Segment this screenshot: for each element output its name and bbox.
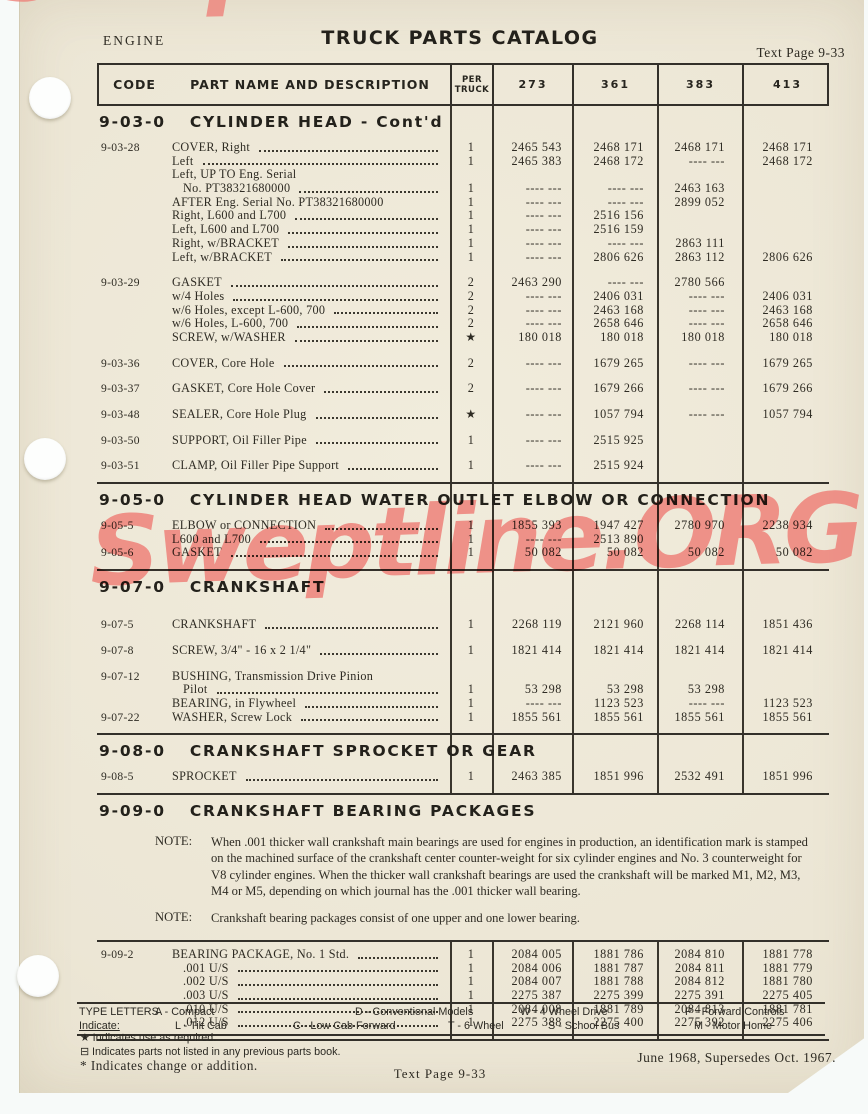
table-row: 9-07-12BUSHING, Transmission Drive Pinio… xyxy=(97,670,829,684)
row-code: 9-03-50 xyxy=(97,434,168,448)
value-273: 2268 119 xyxy=(492,618,572,632)
part-name-cell: GASKET xyxy=(168,546,450,560)
part-name-cell: SCREW, 3/4" - 16 x 2 1/4" xyxy=(168,644,450,658)
leader-dots xyxy=(288,232,438,234)
part-name-cell: Right, w/BRACKET xyxy=(168,237,450,251)
value-383: 2268 114 xyxy=(657,618,742,632)
row-code: 9-05-6 xyxy=(97,546,168,560)
per-truck-value: 1 xyxy=(450,223,492,237)
per-truck-value: 2 xyxy=(450,317,492,331)
part-name: Left, L600 and L700 xyxy=(172,223,279,237)
leader-dots xyxy=(238,984,438,986)
row-code xyxy=(97,331,168,345)
watermark-top-fragment: Sweptline.ORG xyxy=(0,0,752,24)
value-383: ---- --- xyxy=(657,408,742,422)
part-name-cell: SUPPORT, Oil Filler Pipe xyxy=(168,434,450,448)
per-truck-value: 2 xyxy=(450,382,492,396)
value-361: 2516 159 xyxy=(572,223,657,237)
table-row: 9-03-36COVER, Core Hole2---- ---1679 265… xyxy=(97,357,829,371)
row-code xyxy=(97,182,168,196)
part-name-cell: CLAMP, Oil Filler Pipe Support xyxy=(168,459,450,473)
value-361: 2806 626 xyxy=(572,251,657,265)
part-name: BEARING PACKAGE, No. 1 Std. xyxy=(172,948,349,962)
footnote-box: ⊟ Indicates parts not listed in any prev… xyxy=(80,1046,341,1060)
section-9-09-0: 9-09-0CRANKSHAFT BEARING PACKAGESNOTE:Wh… xyxy=(97,795,829,1041)
row-code: 9-07-5 xyxy=(97,618,168,632)
part-name-cell: w/6 Holes, L-600, 700 xyxy=(168,317,450,331)
value-383: 180 018 xyxy=(657,331,742,345)
section-code: 9-05-0 xyxy=(99,491,166,509)
value-361: 1855 561 xyxy=(572,711,657,725)
per-truck-value xyxy=(450,670,492,684)
note-label: NOTE: xyxy=(155,910,211,926)
row-code xyxy=(97,304,168,318)
value-361: 50 082 xyxy=(572,546,657,560)
value-361: 1851 996 xyxy=(572,770,657,784)
value-413: 1057 794 xyxy=(742,408,829,422)
part-name-cell: .003 U/S xyxy=(168,989,450,1003)
section-code: 9-07-0 xyxy=(99,578,166,596)
per-truck-value: 2 xyxy=(450,357,492,371)
value-273: ---- --- xyxy=(492,533,572,547)
footnote-star: ★ Indicates use as required. xyxy=(80,1032,341,1046)
corner-label: ENGINE xyxy=(103,33,165,49)
part-name-cell: COVER, Core Hole xyxy=(168,357,450,371)
row-code xyxy=(97,290,168,304)
punch-hole xyxy=(29,77,71,119)
value-273: 180 018 xyxy=(492,331,572,345)
part-name-cell: .010 U/S xyxy=(168,1003,450,1017)
value-413: 2806 626 xyxy=(742,251,829,265)
table-row: Left, w/BRACKET1---- ---2806 6262863 112… xyxy=(97,251,829,265)
part-name-cell: WASHER, Screw Lock xyxy=(168,711,450,725)
value-361: 1881 787 xyxy=(572,962,657,976)
part-name: BEARING, in Flywheel xyxy=(172,697,296,711)
per-truck-value: 2 xyxy=(450,290,492,304)
value-273: ---- --- xyxy=(492,382,572,396)
per-truck-value: 1 xyxy=(450,975,492,989)
per-truck-value: 2 xyxy=(450,276,492,290)
section-9-03-0: 9-03-0CYLINDER HEAD - Cont'd9-03-28COVER… xyxy=(97,106,829,484)
value-413: 2468 172 xyxy=(742,155,829,169)
part-name: w/4 Holes xyxy=(172,290,224,304)
header-per-truck: PER TRUCK xyxy=(452,65,494,104)
part-name: SEALER, Core Hole Plug xyxy=(172,408,307,422)
value-413: 2275 406 xyxy=(742,1016,829,1030)
page-reference: Text Page 9-33 xyxy=(645,45,845,61)
table-row: 9-08-5SPROCKET12463 3851851 9962532 4911… xyxy=(97,770,829,784)
part-name: w/6 Holes, except L-600, 700 xyxy=(172,304,325,318)
part-name-cell: BUSHING, Transmission Drive Pinion xyxy=(168,670,450,684)
table-row: 9-05-5ELBOW or CONNECTION11855 3931947 4… xyxy=(97,519,829,533)
value-273: ---- --- xyxy=(492,304,572,318)
part-name: BUSHING, Transmission Drive Pinion xyxy=(172,670,373,684)
value-383: 2084 810 xyxy=(657,948,742,962)
value-273: 1821 414 xyxy=(492,644,572,658)
part-name-cell: No. PT38321680000 xyxy=(168,182,450,196)
punch-hole xyxy=(17,955,59,997)
part-name-cell: BEARING, in Flywheel xyxy=(168,697,450,711)
catalog-sections: 9-03-0CYLINDER HEAD - Cont'd9-03-28COVER… xyxy=(97,106,829,1041)
value-413: 1881 780 xyxy=(742,975,829,989)
row-code: 9-05-5 xyxy=(97,519,168,533)
value-361 xyxy=(572,168,657,182)
section-code: 9-03-0 xyxy=(99,113,166,131)
value-273: ---- --- xyxy=(492,459,572,473)
part-name: SCREW, w/WASHER xyxy=(172,331,286,345)
part-name: COVER, Core Hole xyxy=(172,357,275,371)
leader-dots xyxy=(316,442,438,444)
section-heading: CYLINDER HEAD WATER OUTLET ELBOW OR CONN… xyxy=(190,491,770,509)
part-name: ELBOW or CONNECTION xyxy=(172,519,316,533)
value-361: 1821 414 xyxy=(572,644,657,658)
table-row: 9-03-51CLAMP, Oil Filler Pipe Support1--… xyxy=(97,459,829,473)
part-name-cell: SPROCKET xyxy=(168,770,450,784)
table-row: 9-07-22WASHER, Screw Lock11855 5611855 5… xyxy=(97,711,829,725)
row-code: 9-07-22 xyxy=(97,711,168,725)
value-413: 2463 168 xyxy=(742,304,829,318)
row-code xyxy=(97,251,168,265)
per-truck-value: 2 xyxy=(450,304,492,318)
part-name-cell: ELBOW or CONNECTION xyxy=(168,519,450,533)
leader-dots xyxy=(334,312,438,314)
header-model-273: 273 xyxy=(494,65,574,104)
value-413: 1821 414 xyxy=(742,644,829,658)
part-name: CLAMP, Oil Filler Pipe Support xyxy=(172,459,339,473)
part-name: WASHER, Screw Lock xyxy=(172,711,292,725)
value-361: ---- --- xyxy=(572,276,657,290)
value-273: 2084 005 xyxy=(492,948,572,962)
table-row: w/6 Holes, except L-600, 7002---- ---246… xyxy=(97,304,829,318)
part-name-cell: SCREW, w/WASHER xyxy=(168,331,450,345)
part-name: GASKET xyxy=(172,546,222,560)
per-truck-value: 1 xyxy=(450,1016,492,1030)
part-name: .003 U/S xyxy=(183,989,229,1003)
value-273: ---- --- xyxy=(492,697,572,711)
value-383: 2780 970 xyxy=(657,519,742,533)
per-truck-value: 1 xyxy=(450,683,492,697)
value-413 xyxy=(742,533,829,547)
per-truck-value: 1 xyxy=(450,697,492,711)
per-truck-value: 1 xyxy=(450,155,492,169)
per-truck-value: 1 xyxy=(450,533,492,547)
row-code xyxy=(97,223,168,237)
part-name: .012 U/S xyxy=(183,1016,229,1030)
value-383: 1855 561 xyxy=(657,711,742,725)
table-row: Right, L600 and L7001---- ---2516 156 xyxy=(97,209,829,223)
row-code xyxy=(97,168,168,182)
value-273: ---- --- xyxy=(492,182,572,196)
part-name-cell: Pilot xyxy=(168,683,450,697)
page-title: TRUCK PARTS CATALOG xyxy=(300,27,620,49)
part-name-cell: w/4 Holes xyxy=(168,290,450,304)
value-413: 1851 436 xyxy=(742,618,829,632)
value-273: 1855 393 xyxy=(492,519,572,533)
part-name: AFTER Eng. Serial No. PT38321680000 xyxy=(172,196,384,210)
row-code xyxy=(97,155,168,169)
value-361: 2513 890 xyxy=(572,533,657,547)
value-361: 2463 168 xyxy=(572,304,657,318)
value-273: ---- --- xyxy=(492,196,572,210)
per-truck-value: 1 xyxy=(450,618,492,632)
section-title: 9-07-0CRANKSHAFT xyxy=(97,571,829,600)
table-row: No. PT383216800001---- ------- ---2463 1… xyxy=(97,182,829,196)
part-name: .002 U/S xyxy=(183,975,229,989)
per-truck-value xyxy=(450,168,492,182)
value-413: 2275 405 xyxy=(742,989,829,1003)
value-361: 2275 400 xyxy=(572,1016,657,1030)
part-name-cell: GASKET, Core Hole Cover xyxy=(168,382,450,396)
part-name: w/6 Holes, L-600, 700 xyxy=(172,317,288,331)
value-273: 2463 385 xyxy=(492,770,572,784)
header-code: CODE xyxy=(99,65,170,104)
punch-hole xyxy=(24,438,66,480)
part-name-cell: w/6 Holes, except L-600, 700 xyxy=(168,304,450,318)
part-name-cell: GASKET xyxy=(168,276,450,290)
header-model-361: 361 xyxy=(574,65,659,104)
leader-dots xyxy=(295,340,438,342)
value-361: 1881 789 xyxy=(572,1003,657,1017)
row-code: 9-07-12 xyxy=(97,670,168,684)
header-per-line1: PER xyxy=(462,75,482,85)
section-notes: NOTE:When .001 thicker wall crankshaft m… xyxy=(97,834,829,940)
value-413: 1679 266 xyxy=(742,382,829,396)
row-code: 9-03-29 xyxy=(97,276,168,290)
footnotes: ★ Indicates use as required. ⊟ Indicates… xyxy=(80,1032,341,1073)
row-code: 9-07-8 xyxy=(97,644,168,658)
part-name-cell: CRANKSHAFT xyxy=(168,618,450,632)
value-273: ---- --- xyxy=(492,408,572,422)
table-row: .003 U/S12275 3872275 3992275 3912275 40… xyxy=(97,989,829,1003)
value-273: 2084 007 xyxy=(492,975,572,989)
leader-dots xyxy=(325,528,438,530)
header-per-line2: TRUCK xyxy=(455,85,490,95)
part-name-cell: BEARING PACKAGE, No. 1 Std. xyxy=(168,948,450,962)
row-code xyxy=(97,209,168,223)
row-code: 9-09-2 xyxy=(97,948,168,962)
value-413: 2658 646 xyxy=(742,317,829,331)
value-383 xyxy=(657,533,742,547)
table-row: 9-05-6GASKET150 08250 08250 08250 082 xyxy=(97,546,829,560)
value-273: 2465 543 xyxy=(492,141,572,155)
part-name-cell: SEALER, Core Hole Plug xyxy=(168,408,450,422)
section-title: 9-09-0CRANKSHAFT BEARING PACKAGES xyxy=(97,795,829,824)
value-361: 2515 924 xyxy=(572,459,657,473)
value-413: 50 082 xyxy=(742,546,829,560)
section-code: 9-08-0 xyxy=(99,742,166,760)
value-413: 2468 171 xyxy=(742,141,829,155)
table-row: w/6 Holes, L-600, 7002---- ---2658 646--… xyxy=(97,317,829,331)
table-row: 9-03-37GASKET, Core Hole Cover2---- ---1… xyxy=(97,382,829,396)
leader-dots xyxy=(233,299,438,301)
value-413 xyxy=(742,276,829,290)
value-361: 1881 786 xyxy=(572,948,657,962)
value-383: 2084 813 xyxy=(657,1003,742,1017)
row-code: 9-03-28 xyxy=(97,141,168,155)
part-name: SUPPORT, Oil Filler Pipe xyxy=(172,434,307,448)
section-rows: 9-03-28COVER, Right12465 5432468 1712468… xyxy=(97,135,829,482)
row-code xyxy=(97,1003,168,1017)
value-273: 2465 383 xyxy=(492,155,572,169)
row-code xyxy=(97,237,168,251)
value-273 xyxy=(492,168,572,182)
value-273: 50 082 xyxy=(492,546,572,560)
value-413: 2406 031 xyxy=(742,290,829,304)
section-9-05-0: 9-05-0CYLINDER HEAD WATER OUTLET ELBOW O… xyxy=(97,484,829,571)
value-361: 2406 031 xyxy=(572,290,657,304)
value-273: 1855 561 xyxy=(492,711,572,725)
value-273: ---- --- xyxy=(492,251,572,265)
value-273: 2084 008 xyxy=(492,1003,572,1017)
per-truck-value: 1 xyxy=(450,644,492,658)
part-name: GASKET, Core Hole Cover xyxy=(172,382,315,396)
footnote-asterisk: * Indicates change or addition. xyxy=(80,1059,341,1073)
per-truck-value: ★ xyxy=(450,408,492,422)
header-part-name: PART NAME AND DESCRIPTION xyxy=(170,65,452,104)
value-361: 1679 265 xyxy=(572,357,657,371)
note-text: Crankshaft bearing packages consist of o… xyxy=(211,910,813,926)
part-name: .010 U/S xyxy=(183,1003,229,1017)
row-code xyxy=(97,697,168,711)
part-name-cell: Left, UP TO Eng. Serial xyxy=(168,168,450,182)
table-row: 9-03-28COVER, Right12465 5432468 1712468… xyxy=(97,141,829,155)
table-row: .010 U/S12084 0081881 7892084 8131881 78… xyxy=(97,1003,829,1017)
leader-dots xyxy=(238,1011,438,1013)
per-truck-value: 1 xyxy=(450,196,492,210)
value-361: 1679 266 xyxy=(572,382,657,396)
value-383: 2780 566 xyxy=(657,276,742,290)
value-413: 180 018 xyxy=(742,331,829,345)
value-273: ---- --- xyxy=(492,290,572,304)
leader-dots xyxy=(305,706,438,708)
leader-dots xyxy=(316,417,438,419)
leader-dots xyxy=(295,218,438,220)
leader-dots xyxy=(260,541,438,543)
value-361: 2121 960 xyxy=(572,618,657,632)
value-383: 2275 391 xyxy=(657,989,742,1003)
value-383: 1821 414 xyxy=(657,644,742,658)
note-label: NOTE: xyxy=(155,834,211,900)
note-text: When .001 thicker wall crankshaft main b… xyxy=(211,834,813,900)
section-rows: 9-09-2BEARING PACKAGE, No. 1 Std.12084 0… xyxy=(97,940,829,1041)
row-code xyxy=(97,533,168,547)
table-row: 9-07-5CRANKSHAFT12268 1192121 9602268 11… xyxy=(97,618,829,632)
part-name-cell: .012 U/S xyxy=(168,1016,450,1030)
leader-dots xyxy=(265,627,438,629)
part-name-cell: .002 U/S xyxy=(168,975,450,989)
part-name: COVER, Right xyxy=(172,141,250,155)
per-truck-value: ★ xyxy=(450,331,492,345)
table-row: .001 U/S12084 0061881 7872084 8111881 77… xyxy=(97,962,829,976)
table-row: 9-03-29GASKET22463 290---- ---2780 566 xyxy=(97,276,829,290)
value-383: ---- --- xyxy=(657,290,742,304)
per-truck-value: 1 xyxy=(450,209,492,223)
section-code: 9-09-0 xyxy=(99,802,166,820)
part-name-cell: Right, L600 and L700 xyxy=(168,209,450,223)
part-name: No. PT38321680000 xyxy=(183,182,290,196)
per-truck-value: 1 xyxy=(450,962,492,976)
section-rows: 9-07-5CRANKSHAFT12268 1192121 9602268 11… xyxy=(97,600,829,733)
part-name: SCREW, 3/4" - 16 x 2 1/4" xyxy=(172,644,311,658)
value-413: 1123 523 xyxy=(742,697,829,711)
table-row: Left, L600 and L7001---- ---2516 159 xyxy=(97,223,829,237)
leader-dots xyxy=(320,653,438,655)
value-383: 2463 163 xyxy=(657,182,742,196)
per-truck-value: 1 xyxy=(450,770,492,784)
row-code xyxy=(97,317,168,331)
part-name: Pilot xyxy=(183,683,208,697)
table-row: 9-07-8SCREW, 3/4" - 16 x 2 1/4"11821 414… xyxy=(97,644,829,658)
row-code: 9-03-37 xyxy=(97,382,168,396)
value-273: 2084 006 xyxy=(492,962,572,976)
table-row: Right, w/BRACKET1---- ------- ---2863 11… xyxy=(97,237,829,251)
value-383: 2084 812 xyxy=(657,975,742,989)
table-row: Left12465 3832468 172---- ---2468 172 xyxy=(97,155,829,169)
per-truck-value: 1 xyxy=(450,141,492,155)
section-title: 9-03-0CYLINDER HEAD - Cont'd xyxy=(97,106,829,135)
value-361: ---- --- xyxy=(572,182,657,196)
part-name: SPROCKET xyxy=(172,770,237,784)
value-273: ---- --- xyxy=(492,357,572,371)
per-truck-value: 1 xyxy=(450,251,492,265)
value-413: 1855 561 xyxy=(742,711,829,725)
table-row: w/4 Holes2---- ---2406 031---- ---2406 0… xyxy=(97,290,829,304)
page-footer: Text Page 9-33 xyxy=(340,1066,540,1082)
per-truck-value: 1 xyxy=(450,711,492,725)
section-heading: CRANKSHAFT BEARING PACKAGES xyxy=(190,802,537,820)
header-model-383: 383 xyxy=(659,65,744,104)
per-truck-value: 1 xyxy=(450,434,492,448)
scanned-catalog-page: Sweptline.ORG ENGINE TRUCK PARTS CATALOG… xyxy=(0,0,868,1114)
value-383: ---- --- xyxy=(657,382,742,396)
per-truck-value: 1 xyxy=(450,546,492,560)
value-273: ---- --- xyxy=(492,223,572,237)
value-273: 2275 387 xyxy=(492,989,572,1003)
value-383: ---- --- xyxy=(657,155,742,169)
table-row: BEARING, in Flywheel1---- ---1123 523---… xyxy=(97,697,829,711)
table-row: Pilot153 29853 29853 298 xyxy=(97,683,829,697)
per-truck-value: 1 xyxy=(450,459,492,473)
value-361: 2468 171 xyxy=(572,141,657,155)
value-413 xyxy=(742,683,829,697)
per-truck-value: 1 xyxy=(450,237,492,251)
leader-dots xyxy=(238,998,438,1000)
value-361: 180 018 xyxy=(572,331,657,345)
leader-dots xyxy=(238,970,438,972)
value-383: 2084 811 xyxy=(657,962,742,976)
value-383 xyxy=(657,434,742,448)
leader-dots xyxy=(281,259,438,261)
value-361: 2516 156 xyxy=(572,209,657,223)
value-361: 1947 427 xyxy=(572,519,657,533)
table-row: 9-03-50SUPPORT, Oil Filler Pipe1---- ---… xyxy=(97,434,829,448)
value-273: ---- --- xyxy=(492,237,572,251)
value-383 xyxy=(657,223,742,237)
value-383: 2899 052 xyxy=(657,196,742,210)
value-383: 50 082 xyxy=(657,546,742,560)
row-code: 9-03-48 xyxy=(97,408,168,422)
value-361: 53 298 xyxy=(572,683,657,697)
row-code xyxy=(97,1016,168,1030)
part-name-cell: Left, w/BRACKET xyxy=(168,251,450,265)
leader-dots xyxy=(203,163,439,165)
value-361: 1057 794 xyxy=(572,408,657,422)
value-361 xyxy=(572,670,657,684)
row-code: 9-03-36 xyxy=(97,357,168,371)
value-413: 1881 779 xyxy=(742,962,829,976)
note: NOTE:Crankshaft bearing packages consist… xyxy=(155,910,829,926)
value-413: 1881 778 xyxy=(742,948,829,962)
